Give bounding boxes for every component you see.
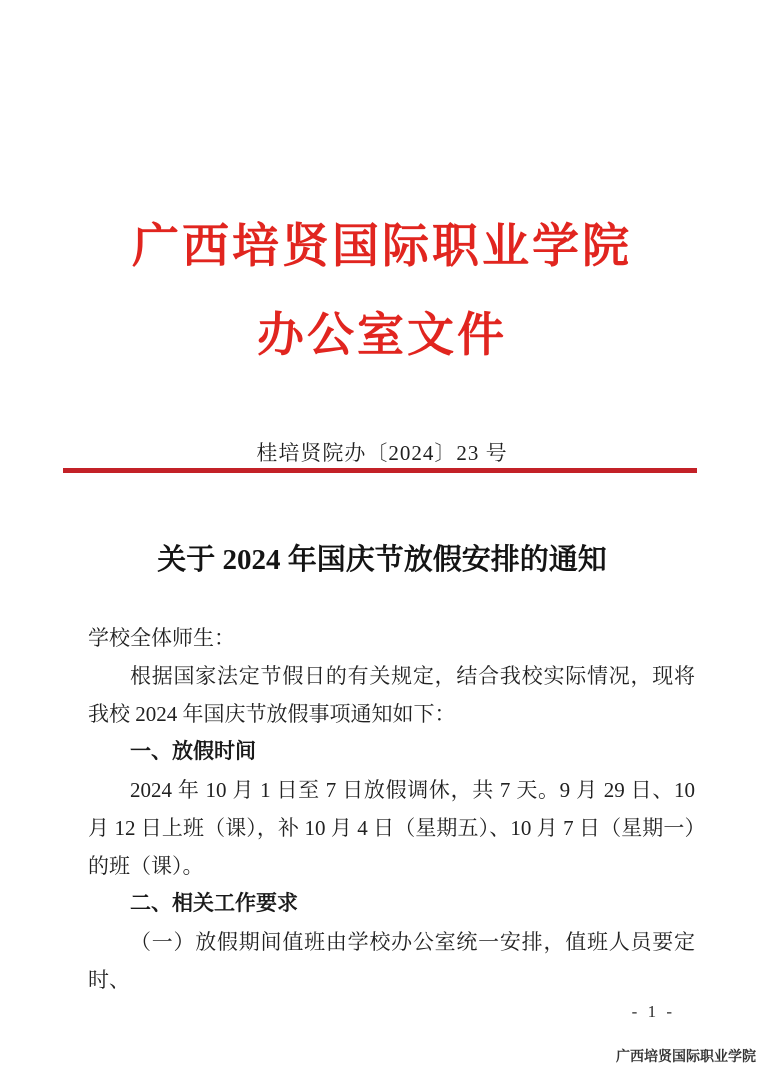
- red-divider-rule: [63, 468, 697, 473]
- salutation: 学校全体师生：: [88, 619, 695, 657]
- document-page: 广西培贤国际职业学院 办公室文件 桂培贤院办〔2024〕23 号 关于 2024…: [0, 0, 764, 1080]
- page-number: - 1 -: [632, 1002, 675, 1022]
- document-reference-number: 桂培贤院办〔2024〕23 号: [0, 441, 764, 466]
- holiday-schedule-paragraph: 2024 年 10 月 1 日至 7 日放假调休，共 7 天。9 月 29 日、…: [88, 771, 695, 885]
- letterhead-org-name: 广西培贤国际职业学院: [0, 224, 764, 271]
- section-heading-work-requirements: 二、相关工作要求: [88, 885, 695, 923]
- intro-paragraph: 根据国家法定节假日的有关规定，结合我校实际情况，现将我校 2024 年国庆节放假…: [88, 657, 695, 733]
- duty-arrangement-paragraph: （一）放假期间值班由学校办公室统一安排，值班人员要定时、: [88, 923, 695, 999]
- red-letterhead: 广西培贤国际职业学院 办公室文件: [0, 224, 764, 360]
- section-heading-holiday-time: 一、放假时间: [88, 733, 695, 771]
- notice-body: 学校全体师生： 根据国家法定节假日的有关规定，结合我校实际情况，现将我校 202…: [88, 619, 695, 999]
- letterhead-doc-type: 办公室文件: [0, 313, 764, 360]
- footer-org-name: 广西培贤国际职业学院: [616, 1046, 756, 1066]
- notice-title: 关于 2024 年国庆节放假安排的通知: [0, 543, 764, 578]
